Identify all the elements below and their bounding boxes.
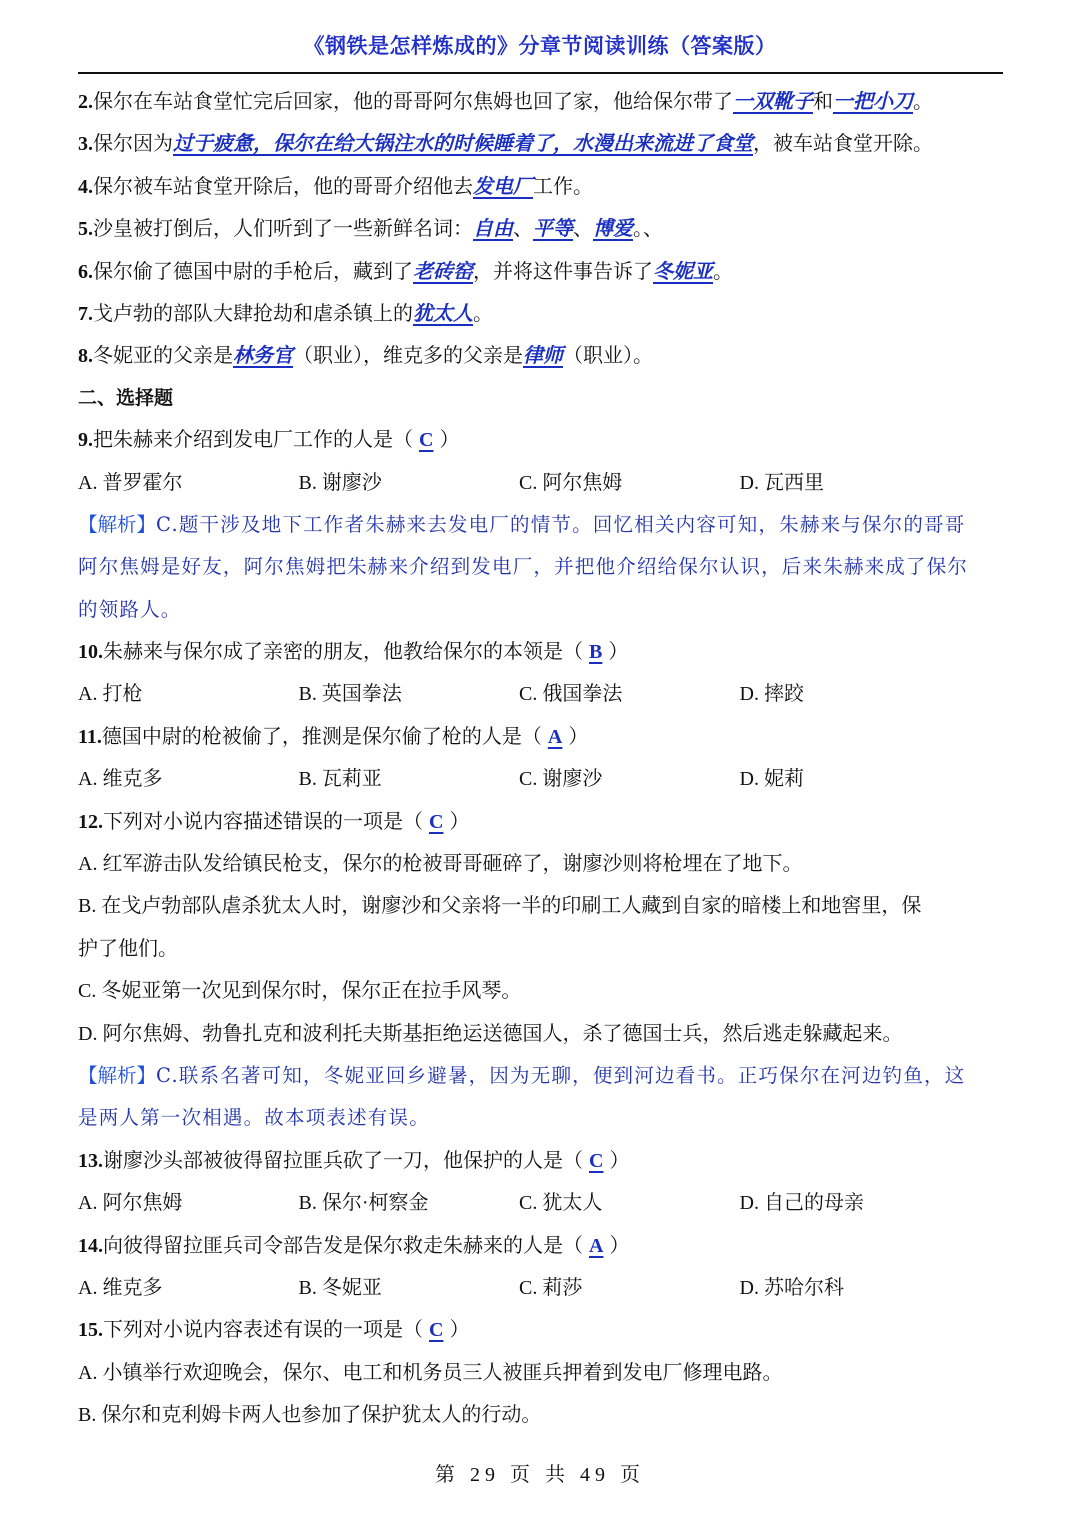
question-14: 14.向彼得留拉匪兵司令部告发是保尔救走朱赫来的人是（A） [78, 1225, 1008, 1267]
option: B. 保尔和克利姆卡两人也参加了保护犹太人的行动。 [78, 1394, 1008, 1436]
analysis-9-line: 阿尔焦姆是好友，阿尔焦姆把朱赫来介绍到发电厂，并把他介绍给保尔认识，后来朱赫来成… [78, 546, 1008, 588]
option: C. 犹太人 [519, 1182, 740, 1224]
options-11: A. 维克多 B. 瓦莉亚 C. 谢廖沙 D. 妮莉 [78, 758, 1008, 800]
options-9: A. 普罗霍尔 B. 谢廖沙 C. 阿尔焦姆 D. 瓦西里 [78, 462, 1008, 504]
option: C. 谢廖沙 [519, 758, 740, 800]
answer: 林务官 [233, 343, 293, 367]
option: D. 瓦西里 [740, 462, 961, 504]
question-15: 15.下列对小说内容表述有误的一项是（C） [78, 1309, 1008, 1351]
option: A. 阿尔焦姆 [78, 1182, 299, 1224]
option: A. 维克多 [78, 758, 299, 800]
answer: C [413, 429, 439, 451]
analysis-12-line: 是两人第一次相遇。故本项表述有误。 [78, 1097, 1008, 1139]
answer: C [423, 1319, 449, 1341]
option: A. 打枪 [78, 673, 299, 715]
option: D. 摔跤 [740, 673, 961, 715]
fill-in-blank-list: 2.保尔在车站食堂忙完后回家，他的哥哥阿尔焦姆也回了家，他给保尔带了一双靴子和一… [78, 80, 1008, 377]
option: B. 在戈卢勃部队虐杀犹太人时，谢廖沙和父亲将一半的印刷工人藏到自家的暗楼上和地… [78, 885, 1008, 927]
answer: 犹太人 [413, 301, 473, 325]
answer: 自由 [473, 216, 513, 240]
option: A. 小镇举行欢迎晚会，保尔、电工和机务员三人被匪兵押着到发电厂修理电路。 [78, 1352, 1008, 1394]
options-13: A. 阿尔焦姆 B. 保尔·柯察金 C. 犹太人 D. 自己的母亲 [78, 1182, 1008, 1224]
answer: 过于疲惫，保尔在给大锅注水的时候睡着了，水漫出来流进了食堂 [173, 131, 753, 155]
option: D. 苏哈尔科 [740, 1267, 961, 1309]
options-14: A. 维克多 B. 冬妮亚 C. 莉莎 D. 苏哈尔科 [78, 1267, 1008, 1309]
option: C. 阿尔焦姆 [519, 462, 740, 504]
analysis-9-line: 的领路人。 [78, 589, 1008, 631]
section-title: 二、选择题 [78, 377, 1008, 419]
fill-blank-question: 5.沙皇被打倒后，人们听到了一些新鲜名词：自由、平等、博爱。、 [78, 207, 1008, 249]
options-10: A. 打枪 B. 英国拳法 C. 俄国拳法 D. 摔跤 [78, 673, 1008, 715]
option: B. 保尔·柯察金 [299, 1182, 520, 1224]
option: A. 普罗霍尔 [78, 462, 299, 504]
option: A. 维克多 [78, 1267, 299, 1309]
option: A. 红军游击队发给镇民枪支，保尔的枪被哥哥砸碎了，谢廖沙则将枪埋在了地下。 [78, 843, 1008, 885]
option-continued: 护了他们。 [78, 928, 1008, 970]
answer: 律师 [523, 343, 563, 367]
question-12: 12.下列对小说内容描述错误的一项是（C） [78, 801, 1008, 843]
option: C. 莉莎 [519, 1267, 740, 1309]
analysis-9: 【解析】C.题干涉及地下工作者朱赫来去发电厂的情节。回忆相关内容可知，朱赫来与保… [78, 504, 1008, 546]
option: B. 冬妮亚 [299, 1267, 520, 1309]
fill-blank-question: 2.保尔在车站食堂忙完后回家，他的哥哥阿尔焦姆也回了家，他给保尔带了一双靴子和一… [78, 80, 1008, 122]
header-divider [78, 72, 1003, 74]
question-11: 11.德国中尉的枪被偷了，推测是保尔偷了枪的人是（A） [78, 716, 1008, 758]
option: B. 瓦莉亚 [299, 758, 520, 800]
option: D. 妮莉 [740, 758, 961, 800]
fill-blank-question: 4.保尔被车站食堂开除后，他的哥哥介绍他去发电厂工作。 [78, 165, 1008, 207]
page-number: 第 29 页 共 49 页 [0, 1458, 1080, 1487]
question-9: 9.把朱赫来介绍到发电厂工作的人是（C） [78, 419, 1008, 461]
question-13: 13.谢廖沙头部被彼得留拉匪兵砍了一刀，他保护的人是（C） [78, 1140, 1008, 1182]
answer: 冬妮亚 [653, 259, 713, 283]
answer: 平等 [533, 216, 573, 240]
fill-blank-question: 7.戈卢勃的部队大肆抢劫和虐杀镇上的犹太人。 [78, 292, 1008, 334]
option: C. 俄国拳法 [519, 673, 740, 715]
fill-blank-question: 6.保尔偷了德国中尉的手枪后，藏到了老砖窑，并将这件事告诉了冬妮亚。 [78, 250, 1008, 292]
fill-blank-question: 8.冬妮亚的父亲是林务官（职业），维克多的父亲是律师（职业）。 [78, 334, 1008, 376]
answer: C [583, 1150, 609, 1172]
question-10: 10.朱赫来与保尔成了亲密的朋友，他教给保尔的本领是（B） [78, 631, 1008, 673]
document-title: 《钢铁是怎样炼成的》分章节阅读训练（答案版） [0, 30, 1080, 60]
answer: 一把小刀 [833, 89, 913, 113]
answer: 发电厂 [473, 174, 533, 198]
analysis-12: 【解析】C.联系名著可知，冬妮亚回乡避暑，因为无聊，便到河边看书。正巧保尔在河边… [78, 1055, 1008, 1097]
option: C. 冬妮亚第一次见到保尔时，保尔正在拉手风琴。 [78, 970, 1008, 1012]
answer: C [423, 811, 449, 833]
answer: 一双靴子 [733, 89, 813, 113]
page-content: 2.保尔在车站食堂忙完后回家，他的哥哥阿尔焦姆也回了家，他给保尔带了一双靴子和一… [78, 80, 1008, 1437]
option: B. 谢廖沙 [299, 462, 520, 504]
document-page: 《钢铁是怎样炼成的》分章节阅读训练（答案版） 2.保尔在车站食堂忙完后回家，他的… [0, 0, 1080, 1526]
answer: A [583, 1235, 609, 1257]
option: D. 阿尔焦姆、勃鲁扎克和波利托夫斯基拒绝运送德国人，杀了德国士兵，然后逃走躲藏… [78, 1013, 1008, 1055]
answer: 博爱 [593, 216, 633, 240]
answer: A [542, 726, 568, 748]
option: D. 自己的母亲 [740, 1182, 961, 1224]
answer: B [583, 641, 608, 663]
answer: 老砖窑 [413, 259, 473, 283]
fill-blank-question: 3.保尔因为过于疲惫，保尔在给大锅注水的时候睡着了，水漫出来流进了食堂，被车站食… [78, 122, 1008, 164]
option: B. 英国拳法 [299, 673, 520, 715]
